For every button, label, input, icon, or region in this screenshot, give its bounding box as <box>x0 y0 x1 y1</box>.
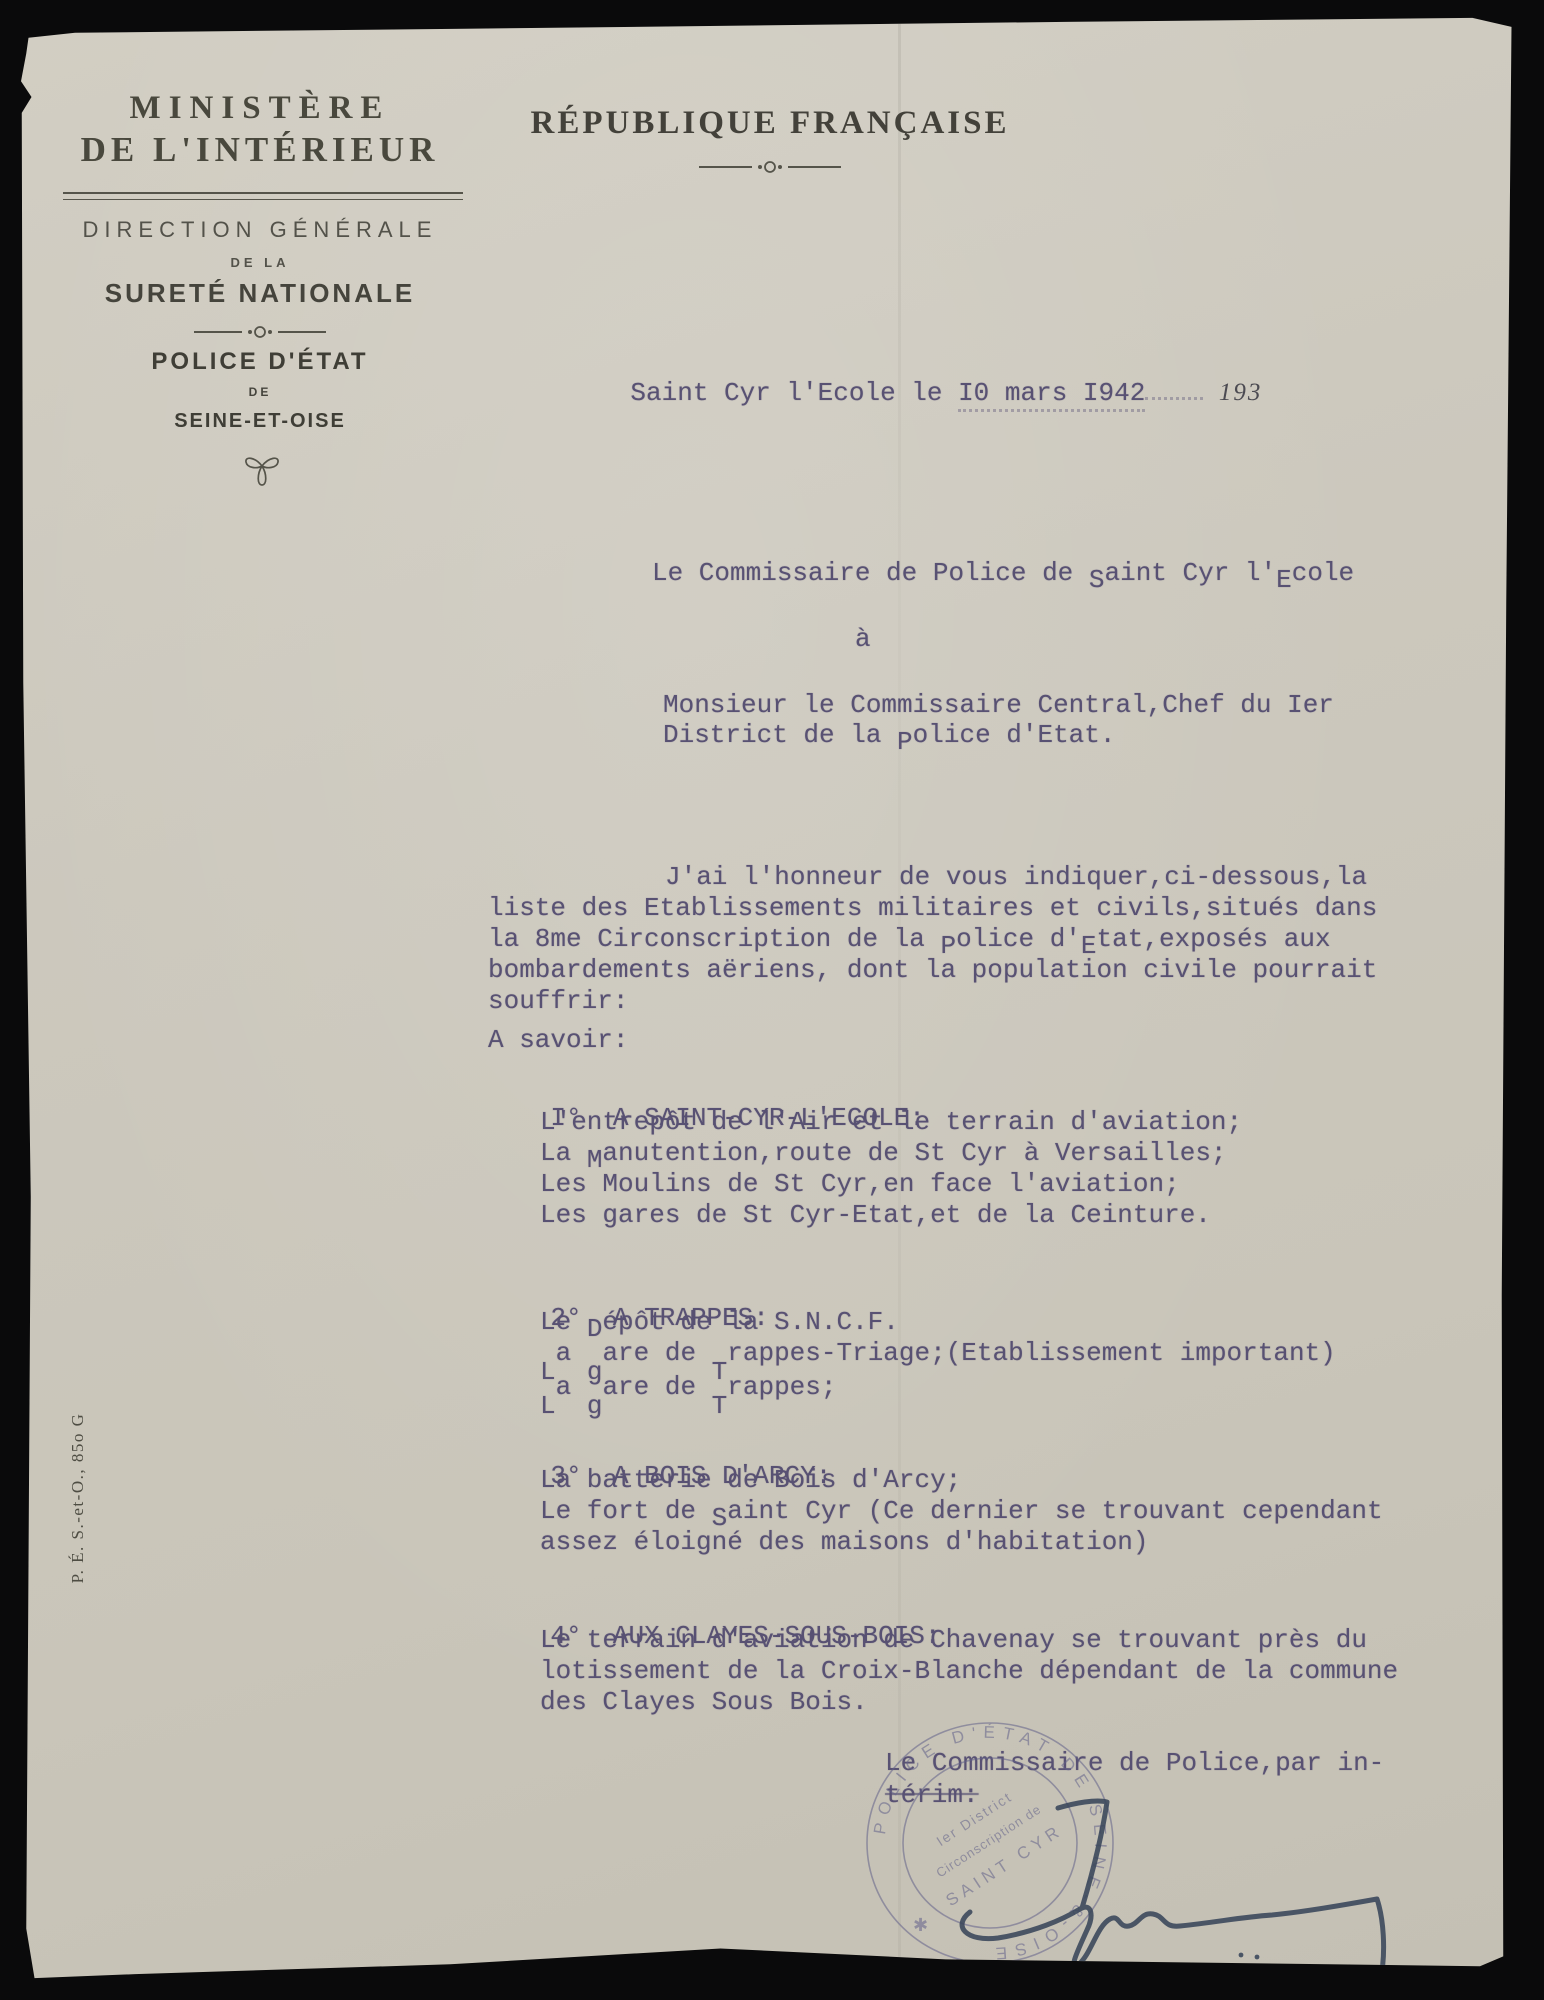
section4-item2: lotissement de la Croix-Blanche dépendan… <box>540 1656 1398 1687</box>
date-dotted-leader <box>1145 371 1203 400</box>
intro-line3: la 8me Circonscription de la Police d'Et… <box>488 924 1331 955</box>
section3-item3: assez éloigné des maisons d'habitation) <box>540 1527 1149 1558</box>
section2-item3: La gare de Trappes; <box>540 1376 836 1407</box>
direction-generale: DIRECTION GÉNÉRALE <box>55 217 465 243</box>
section2-item1: Le Dépôt de la S.N.C.F. <box>540 1307 899 1338</box>
date-line: Saint Cyr l'Ecole le I0 mars I942 193 <box>568 340 1262 440</box>
de-la: DE LA <box>55 255 465 270</box>
republique-francaise-title: RÉPUBLIQUE FRANÇAISE <box>520 105 1020 142</box>
section1-item4: Les gares de St Cyr-Etat,et de la Ceintu… <box>540 1200 1211 1231</box>
recipient-line1: Monsieur le Commissaire Central,Chef du … <box>663 690 1334 721</box>
signature <box>940 1778 1420 1993</box>
sender-line: Le Commissaire de Police de Saint Cyr l'… <box>652 558 1354 589</box>
ministry-title-line1: MINISTÈRE <box>55 90 465 127</box>
section2-item2: La gare de Trappes-Triage;(Etablissement… <box>540 1342 1336 1373</box>
letter-page: MINISTÈRE DE L'INTÉRIEUR DIRECTION GÉNÉR… <box>15 10 1516 1988</box>
a-word: à <box>855 624 871 655</box>
ministry-title-line2: DE L'INTÉRIEUR <box>55 130 465 170</box>
section3-item1: La batterie de Bois d'Arcy; <box>540 1465 961 1496</box>
date-place: Saint Cyr l'Ecole le <box>630 378 958 408</box>
section1-item2: La Manutention,route de St Cyr à Versail… <box>540 1138 1227 1169</box>
printer-imprint-vertical: P. É. S.-et-O., 85o G <box>68 1373 88 1623</box>
scan-background: { "document_type": "typewritten letter, … <box>0 0 1544 2000</box>
seine-et-oise: SEINE-ET-OISE <box>55 410 465 433</box>
letterhead-de: DE <box>55 385 465 399</box>
section4-item1: Le terrain d'aviation de Chavenay se tro… <box>540 1625 1367 1656</box>
letterhead-divider <box>63 192 463 200</box>
recipient-line2: District de la Police d'Etat. <box>663 720 1116 751</box>
intro-line1: J'ai l'honneur de vous indiquer,ci-desso… <box>665 862 1367 893</box>
section1-item3: Les Moulins de St Cyr,en face l'aviation… <box>540 1169 1180 1200</box>
intro-line2: liste des Etablissements militaires et c… <box>488 893 1377 924</box>
police-detat: POLICE D'ÉTAT <box>55 348 465 376</box>
letterhead-ornament <box>190 325 330 339</box>
surete-nationale: SURETÉ NATIONALE <box>55 278 465 309</box>
section3-item2: Le fort de Saint Cyr (Ce dernier se trou… <box>540 1496 1383 1527</box>
a-savoir-line: A savoir: <box>488 1025 628 1056</box>
republique-ornament <box>695 160 845 174</box>
printed-year: 193 <box>1219 379 1263 406</box>
date-typed: I0 mars I942 <box>958 378 1145 412</box>
intro-line4: bombardements aëriens, dont la populatio… <box>488 955 1377 986</box>
intro-line5: souffrir: <box>488 986 628 1017</box>
fleuron-ornament-icon <box>240 442 284 490</box>
stamp-star: ✱ <box>913 1915 928 1935</box>
section4-item3: des Clayes Sous Bois. <box>540 1687 868 1718</box>
section1-item1: L'entrepôt de l'Air et le terrain d'avia… <box>540 1107 1242 1138</box>
